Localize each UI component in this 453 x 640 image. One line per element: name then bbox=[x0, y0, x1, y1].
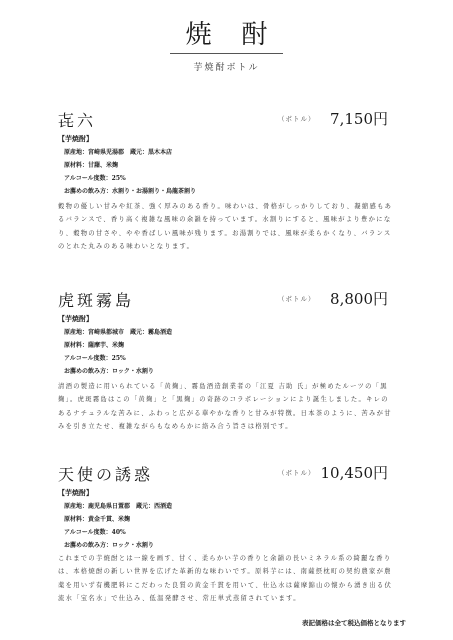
item-specs: 原産地：宮崎県都城市 蔵元：霧島酒造 原材料：薩摩芋、米麹 アルコール度数：25… bbox=[64, 326, 172, 378]
spec-abv: アルコール度数：40% bbox=[64, 526, 172, 539]
item-description: 清酒の製造に用いられている「黄麹」、霧島酒造創業者の「江夏 吉助 氏」が極めたル… bbox=[58, 380, 394, 433]
spec-origin: 原産地：宮崎県児湯郡 蔵元：黒木本店 bbox=[64, 146, 196, 159]
spec-origin: 原産地：宮崎県都城市 蔵元：霧島酒造 bbox=[64, 326, 172, 339]
item-unit: （ボトル） bbox=[278, 294, 316, 303]
item-category: 【芋焼酎】 bbox=[58, 488, 93, 498]
spec-ingredients: 原材料：薩摩芋、米麹 bbox=[64, 339, 172, 352]
item-category: 【芋焼酎】 bbox=[58, 134, 93, 144]
item-price: 7,150円 bbox=[330, 108, 388, 129]
item-specs: 原産地：宮崎県児湯郡 蔵元：黒木本店 原材料：甘藷、米麹 アルコール度数：25%… bbox=[64, 146, 196, 198]
spec-serving: お薦めの飲み方：ロック・水割り bbox=[64, 539, 172, 552]
item-specs: 原産地：鹿児島県日置郡 蔵元：西酒造 原材料：黄金千貫、米麹 アルコール度数：4… bbox=[64, 500, 172, 552]
item-category: 【芋焼酎】 bbox=[58, 314, 93, 324]
spec-ingredients: 原材料：黄金千貫、米麹 bbox=[64, 513, 172, 526]
item-unit: （ボトル） bbox=[278, 114, 316, 123]
page-subtitle: 芋焼酎ボトル bbox=[0, 60, 453, 73]
item-name: 㐂六 bbox=[58, 108, 96, 131]
spec-serving: お薦めの飲み方：水割り・お湯割り・烏龍茶割り bbox=[64, 185, 196, 198]
menu-item: 虎斑霧島 （ボトル） 8,800円 【芋焼酎】 原産地：宮崎県都城市 蔵元：霧島… bbox=[58, 288, 388, 448]
tax-note: 表記価格は全て税込価格となります bbox=[302, 618, 406, 627]
item-description: 穀物の優しい甘みや紅茶、強く厚みのある香り。味わいは、骨格がしっかりしており、凝… bbox=[58, 200, 394, 253]
title-divider bbox=[170, 53, 283, 54]
item-name: 天使の誘惑 bbox=[58, 462, 153, 485]
menu-item: 天使の誘惑 （ボトル） 10,450円 【芋焼酎】 原産地：鹿児島県日置郡 蔵元… bbox=[58, 462, 388, 622]
item-price: 10,450円 bbox=[321, 462, 389, 483]
spec-serving: お薦めの飲み方：ロック・水割り bbox=[64, 365, 172, 378]
spec-abv: アルコール度数：25% bbox=[64, 172, 196, 185]
item-unit: （ボトル） bbox=[278, 468, 316, 477]
spec-origin: 原産地：鹿児島県日置郡 蔵元：西酒造 bbox=[64, 500, 172, 513]
item-name: 虎斑霧島 bbox=[58, 288, 134, 311]
item-description: これまでの芋焼酎とは一線を画す、甘く、柔らかい芋の香りと余韻の長いミネラル系の綺… bbox=[58, 552, 394, 605]
page-title: 焼酎 bbox=[0, 14, 453, 51]
menu-item: 㐂六 （ボトル） 7,150円 【芋焼酎】 原産地：宮崎県児湯郡 蔵元：黒木本店… bbox=[58, 108, 388, 268]
spec-abv: アルコール度数：25% bbox=[64, 352, 172, 365]
spec-ingredients: 原材料：甘藷、米麹 bbox=[64, 159, 196, 172]
item-price: 8,800円 bbox=[330, 288, 388, 309]
